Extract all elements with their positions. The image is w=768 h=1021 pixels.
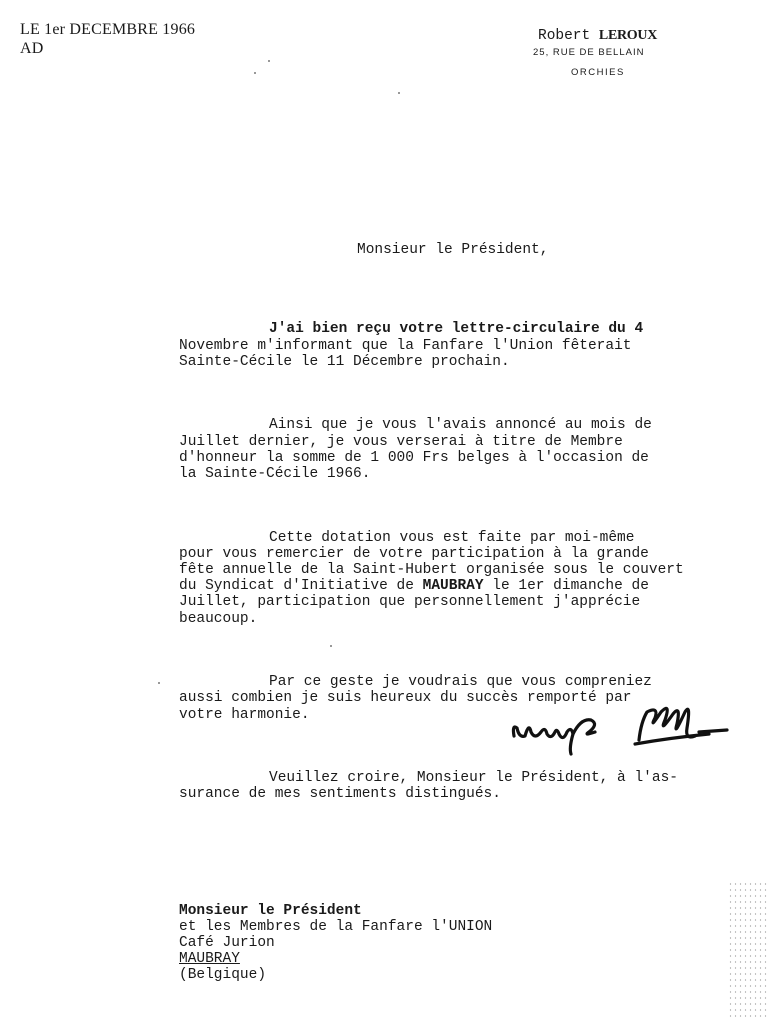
paper-speck	[330, 645, 332, 647]
paper-speck	[268, 60, 270, 62]
paragraph-5: Veuillez croire, Monsieur le Président, …	[179, 770, 739, 802]
paper-speck	[254, 72, 256, 74]
paragraph-3: Cette dotation vous est faite par moi-mê…	[179, 530, 739, 627]
recipient-members: et les Membres de la Fanfare l'UNION	[179, 919, 492, 935]
recipient-title: Monsieur le Président	[179, 903, 362, 919]
date-line: LE 1er DECEMBRE 1966	[20, 21, 195, 38]
signature-icon	[509, 698, 734, 758]
paper-speck	[398, 92, 400, 94]
recipient-venue: Café Jurion	[179, 935, 275, 951]
recipient-country: (Belgique)	[179, 967, 266, 983]
paragraph-2: Ainsi que je vous l'avais annoncé au moi…	[179, 417, 739, 482]
recipient-address: Monsieur le Président et les Membres de …	[179, 903, 492, 983]
sender-last-name: LEROUX	[599, 28, 657, 43]
handwritten-signature	[490, 680, 715, 740]
reference-initials: AD	[20, 40, 44, 57]
sender-city: ORCHIES	[571, 67, 625, 78]
sender-first-name: Robert	[538, 28, 590, 44]
recipient-town: MAUBRAY	[179, 951, 240, 967]
letter-date: LE 1er DECEMBRE 1966 AD	[20, 20, 195, 58]
paper-speck	[158, 682, 160, 684]
sender-address: 25, RUE DE BELLAIN	[533, 47, 644, 58]
paragraph-1: J'ai bien reçu votre lettre-circulaire d…	[179, 321, 739, 370]
salutation: Monsieur le Président,	[357, 242, 548, 258]
scan-noise	[728, 881, 768, 1021]
sender-name: Robert LEROUX	[538, 28, 657, 44]
